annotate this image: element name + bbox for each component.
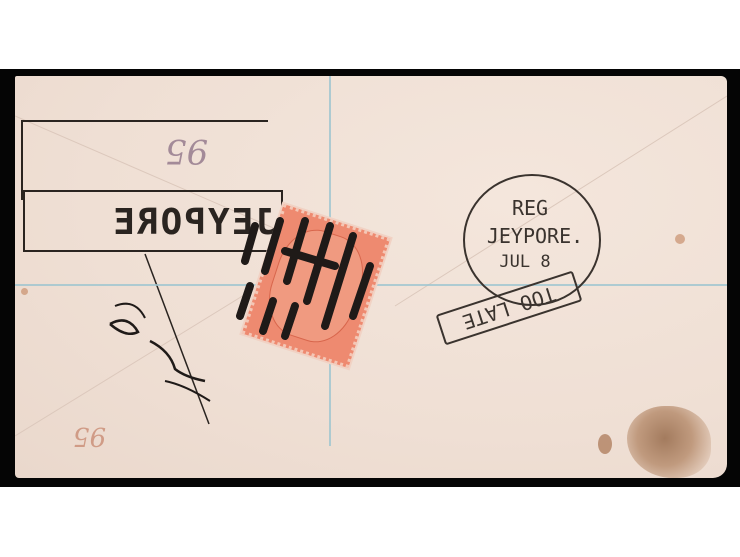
foxing-spot — [21, 288, 28, 295]
envelope-cover: JEYPORE 95 95 REG JEYPORE. JUL 8 TOO LAT… — [15, 76, 727, 478]
manuscript-pen-mark — [105, 246, 215, 406]
foxing-spot — [675, 234, 685, 244]
postmark-line-town: JEYPORE. — [470, 224, 600, 248]
postmark-line-reg: REG — [495, 196, 565, 220]
duplex-cancellation-bars — [225, 206, 385, 346]
postmark-line-date: JUL 8 — [485, 252, 565, 272]
registration-number-lower: 95 — [73, 421, 106, 451]
registration-number-upper: 95 — [165, 131, 208, 171]
handstamp-frame-upper — [21, 120, 268, 200]
foxing-spot — [598, 434, 612, 454]
